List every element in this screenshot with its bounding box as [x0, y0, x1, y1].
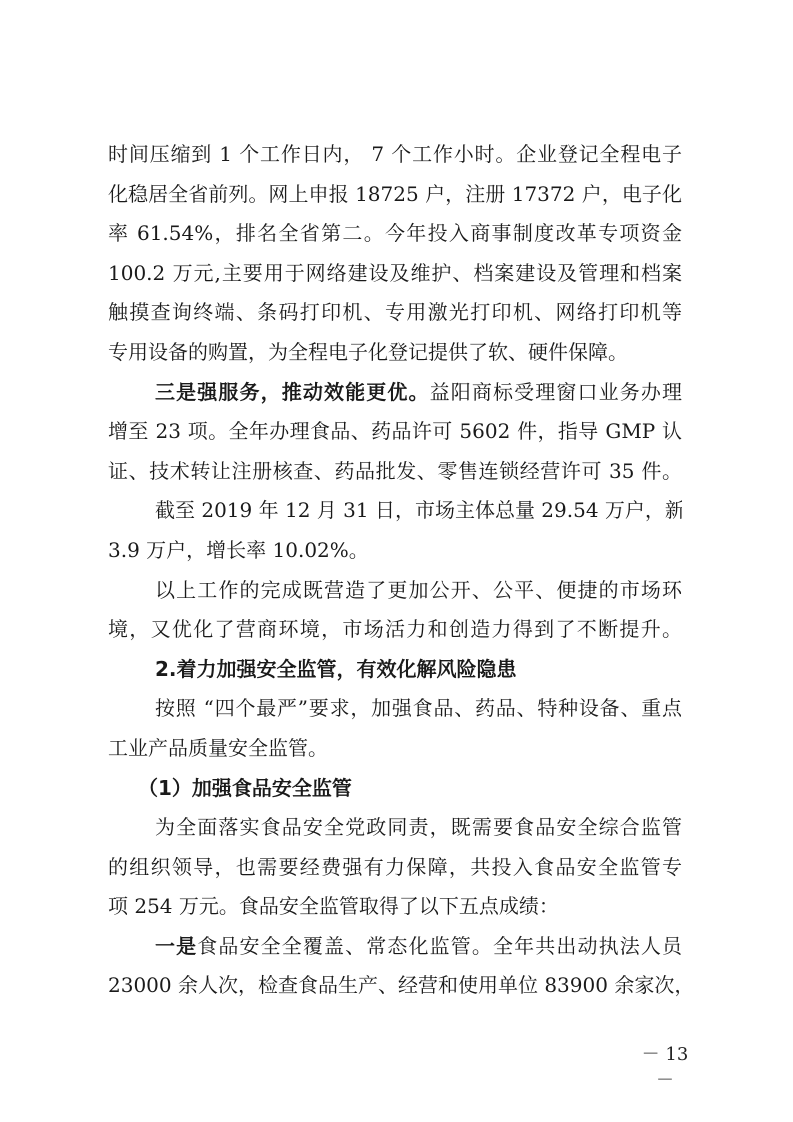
section-heading: 2.着力加强安全监管，有效化解风险隐患 — [108, 650, 682, 690]
text-line: 专用设备的购置，为全程电子化登记提供了软、硬件保障。 — [108, 333, 682, 373]
paragraph-text: 益阳商标受理窗口业务办理 — [430, 380, 682, 404]
document-page: 时间压缩到 1 个工作日内， 7 个工作小时。企业登记全程电子 化稳居全省前列。… — [0, 0, 793, 1122]
bold-lead-first: 一是 — [155, 934, 197, 958]
text-line: 率 61.54%，排名全省第二。今年投入商事制度改革专项资金 — [108, 214, 682, 254]
text-line: 项 254 万元。食品安全监管取得了以下五点成绩： — [108, 887, 682, 927]
paragraph-service-line: 三是强服务，推动效能更优。益阳商标受理窗口业务办理 — [108, 373, 682, 413]
text-line: 23000 余人次，检查食品生产、经营和使用单位 83900 余家次， — [108, 966, 682, 1006]
text-line: 的组织领导，也需要经费强有力保障，共投入食品安全监管专 — [108, 848, 682, 888]
text-line: 触摸查询终端、条码打印机、专用激光打印机、网络打印机等 — [108, 293, 682, 333]
paragraph-first-point-line: 一是食品安全全覆盖、常态化监管。全年共出动执法人员 — [108, 927, 682, 967]
text-line: 100.2 万元,主要用于网络建设及维护、档案建设及管理和档案 — [108, 254, 682, 294]
text-line: 时间压缩到 1 个工作日内， 7 个工作小时。企业登记全程电子 — [108, 135, 682, 175]
subsection-heading: （1）加强食品安全监管 — [108, 769, 682, 809]
page-number: － 13 － — [630, 1040, 700, 1092]
text-line: 以上工作的完成既营造了更加公开、公平、便捷的市场环 — [108, 571, 682, 611]
text-line: 境，又优化了营商环境，市场活力和创造力得到了不断提升。 — [108, 610, 682, 650]
text-line: 工业产品质量安全监管。 — [108, 729, 682, 769]
bold-lead-service: 三是强服务，推动效能更优。 — [155, 380, 430, 404]
text-line: 增至 23 项。全年办理食品、药品许可 5602 件，指导 GMP 认 — [108, 412, 682, 452]
paragraph-text: 食品安全全覆盖、常态化监管。全年共出动执法人员 — [197, 934, 682, 958]
text-line: 截至 2019 年 12 月 31 日，市场主体总量 29.54 万户，新增 — [108, 491, 682, 531]
text-line: 证、技术转让注册核查、药品批发、零售连锁经营许可 35 件。 — [108, 452, 682, 492]
text-line: 为全面落实食品安全党政同责，既需要食品安全综合监管 — [108, 808, 682, 848]
text-line: 按照 “四个最严”要求，加强食品、药品、特种设备、重点 — [108, 689, 682, 729]
document-body: 时间压缩到 1 个工作日内， 7 个工作小时。企业登记全程电子 化稳居全省前列。… — [108, 135, 682, 1006]
text-line: 3.9 万户，增长率 10.02%。 — [108, 531, 682, 571]
text-line: 化稳居全省前列。网上申报 18725 户，注册 17372 户，电子化 — [108, 175, 682, 215]
